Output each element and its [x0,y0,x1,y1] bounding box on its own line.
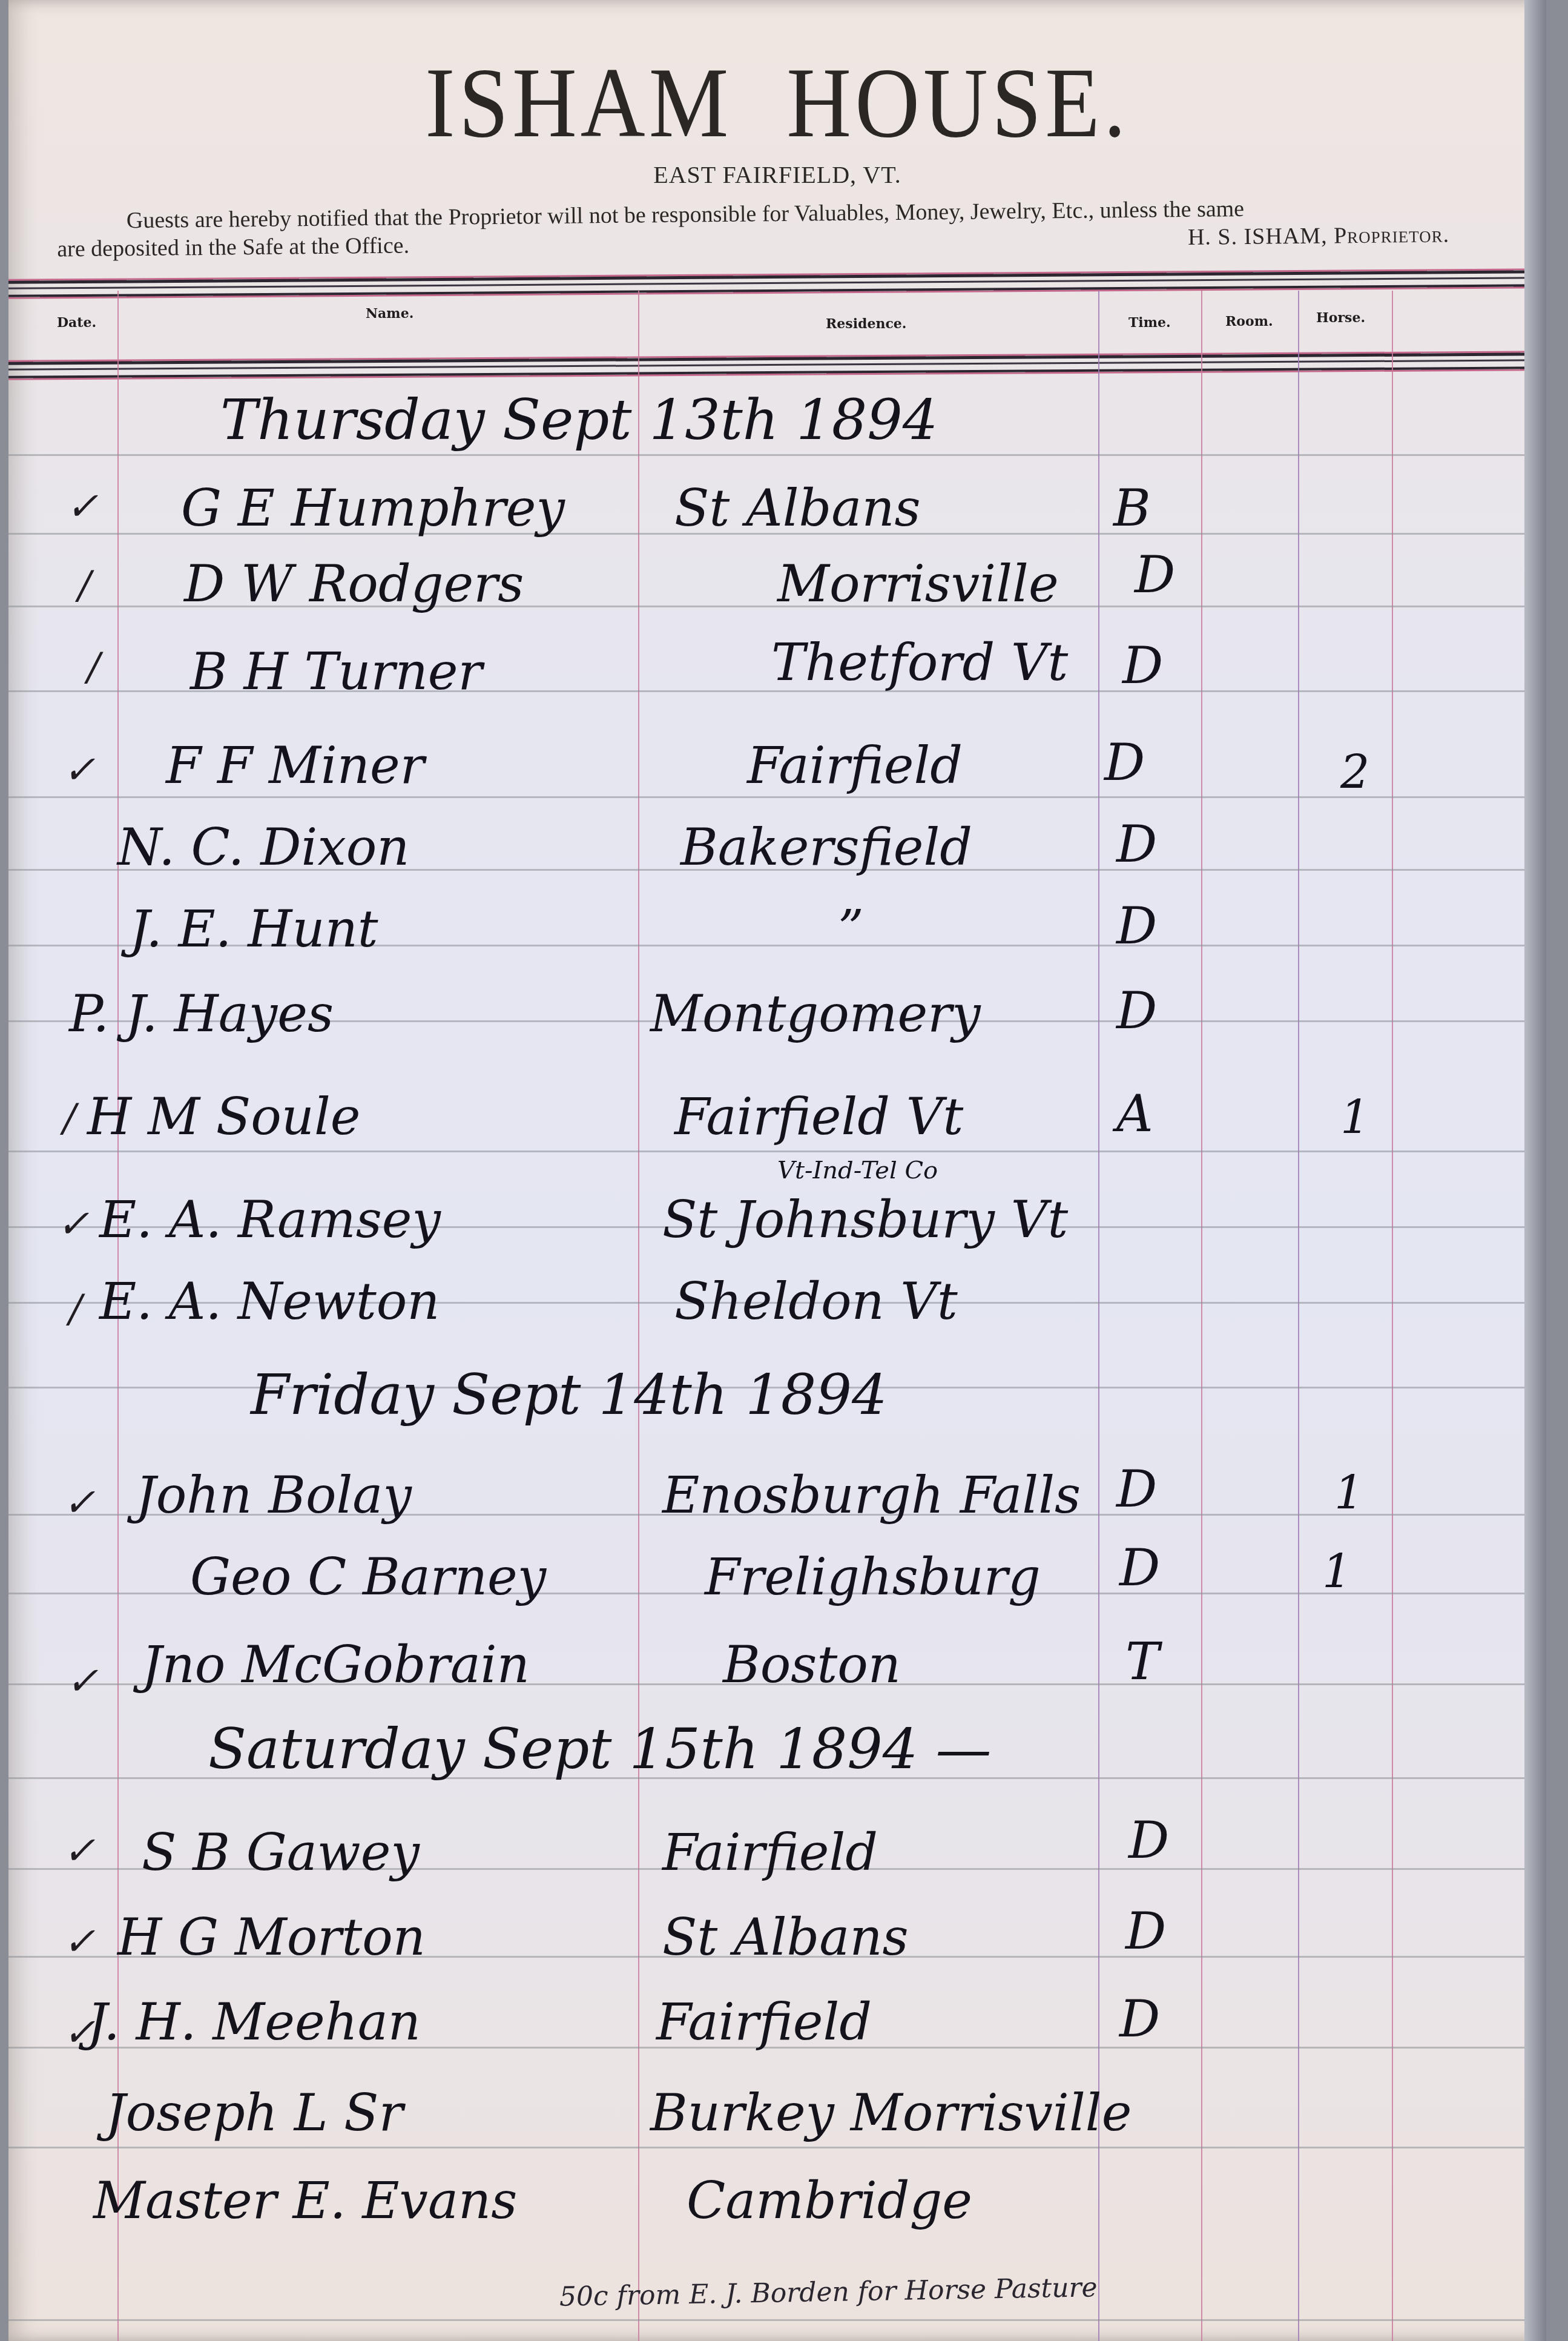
guest-residence: St Albans [674,478,921,538]
guest-time: D [1104,733,1145,792]
guest-time: D [1122,636,1163,695]
guest-time: B [1113,478,1151,538]
guest-residence: Boston [723,1635,901,1694]
book-binding-edge [1524,0,1546,2341]
day-heading-friday: Friday Sept 14th 1894 [251,1362,887,1427]
guest-name: J. E. Hunt [130,899,378,959]
guest-residence: Cambridge [687,2171,972,2230]
guest-time: T [1125,1632,1159,1691]
guest-name: F F Miner [166,736,424,795]
hotel-location: EAST FAIRFIELD, VT. [8,160,1546,189]
guest-residence: Sheldon Vt [674,1272,958,1331]
liability-notice: Guests are hereby notified that the Prop… [57,193,1498,263]
column-divider-residence [1098,291,1099,2341]
guest-name: Joseph L Sr [105,2083,403,2142]
guest-time: D [1135,545,1175,604]
guest-residence: Fairfield [747,736,963,795]
column-header-name: Name. [366,306,413,322]
day-heading-thursday: Thursday Sept 13th 1894 [220,388,938,452]
entry-check: / [69,1287,82,1332]
entry-check: ✓ [63,1920,96,1964]
row-line [8,2147,1546,2148]
column-header-horse: Horse. [1316,310,1365,326]
title-word-house: HOUSE. [786,47,1129,159]
guest-time: D [1119,1538,1160,1597]
day-heading-saturday: Saturday Sept 15th 1894 — [208,1717,992,1781]
hotel-title: ISHAMHOUSE. [8,45,1546,160]
guest-time: D [1119,1989,1160,2049]
guest-residence: Montgomery [650,984,981,1043]
guest-name: H G Morton [117,1907,426,1967]
guest-horse: 1 [1322,1544,1351,1598]
guest-name: E. A. Newton [99,1272,440,1331]
entry-check: ✓ [57,1202,90,1247]
guest-name: S B Gawey [142,1823,420,1882]
entry-check: / [63,1096,76,1141]
guest-name: Geo C Barney [190,1547,546,1606]
entry-check: ✓ [66,484,99,529]
footer-payment-note: 50c from E. J. Borden for Horse Pasture [559,2272,1098,2313]
guest-name: B H Turner [190,642,483,701]
guest-horse: 2 [1340,745,1369,799]
header-rule-top [8,270,1546,297]
guest-residence: Fairfield [656,1992,872,2052]
guest-residence: Fairfield [662,1823,878,1882]
guest-horse: 1 [1340,1090,1369,1144]
guest-residence: Bakersfield [680,817,972,877]
notice-safe-text: are deposited in the Safe at the Office. [57,231,409,263]
title-word-isham: ISHAM [425,47,732,159]
guest-time: D [1116,814,1157,874]
column-header-date: Date. [57,315,96,331]
guest-time: D [1116,1459,1157,1519]
guest-name: John Bolay [136,1465,412,1525]
guest-name: N. C. Dixon [117,817,409,877]
guest-horse: 1 [1334,1465,1363,1519]
residence-annotation: Vt-Ind-Tel Co [777,1157,938,1184]
guest-time: D [1128,1811,1169,1870]
entry-check: / [87,645,100,690]
column-header-room: Room. [1225,314,1273,329]
guest-residence: Frelighsburg [705,1547,1041,1606]
guest-residence: ” [838,899,864,959]
guest-residence: Burkey Morrisville [650,2083,1132,2142]
column-header-residence: Residence. [826,316,906,332]
guest-residence: Morrisville [777,554,1059,613]
column-header-time: Time. [1128,315,1171,331]
guest-name: Jno McGobrain [142,1635,530,1694]
entry-check: ✓ [63,1829,96,1874]
row-line [8,2319,1546,2321]
column-divider-time [1201,291,1202,2341]
guest-name: G E Humphrey [181,478,565,538]
guest-name: D W Rodgers [184,554,524,613]
column-divider-horse [1392,291,1393,2341]
guest-name: Master E. Evans [93,2171,517,2230]
header-rule-bottom [8,352,1546,378]
guest-name: H M Soule [87,1087,360,1146]
guest-time: D [1125,1901,1166,1961]
guest-residence: St Johnsbury Vt [662,1190,1068,1249]
guest-name: P. J. Hayes [69,984,334,1043]
guest-residence: St Albans [662,1907,909,1967]
guest-time: D [1116,896,1157,956]
guest-name: E. A. Ramsey [99,1190,441,1249]
guest-time: A [1116,1084,1153,1143]
proprietor-signature: H. S. ISHAM, Proprietor. [1188,220,1450,251]
column-divider-room [1298,291,1299,2341]
entry-check: / [78,563,91,608]
entry-check: ✓ [63,1481,96,1525]
guest-name: J. H. Meehan [87,1992,421,2052]
register-page: ISHAMHOUSE. EAST FAIRFIELD, VT. Guests a… [8,0,1546,2341]
guest-residence: Thetford Vt [771,633,1068,692]
guest-residence: Fairfield Vt [674,1087,963,1146]
guest-residence: Enosburgh Falls [662,1465,1081,1525]
column-divider-name [638,291,639,2341]
row-line [8,796,1546,798]
row-line [8,454,1546,456]
entry-check: ✓ [66,1659,99,1704]
row-line [8,1151,1546,1152]
entry-check: ✓ [63,748,96,793]
guest-time: D [1116,981,1157,1040]
